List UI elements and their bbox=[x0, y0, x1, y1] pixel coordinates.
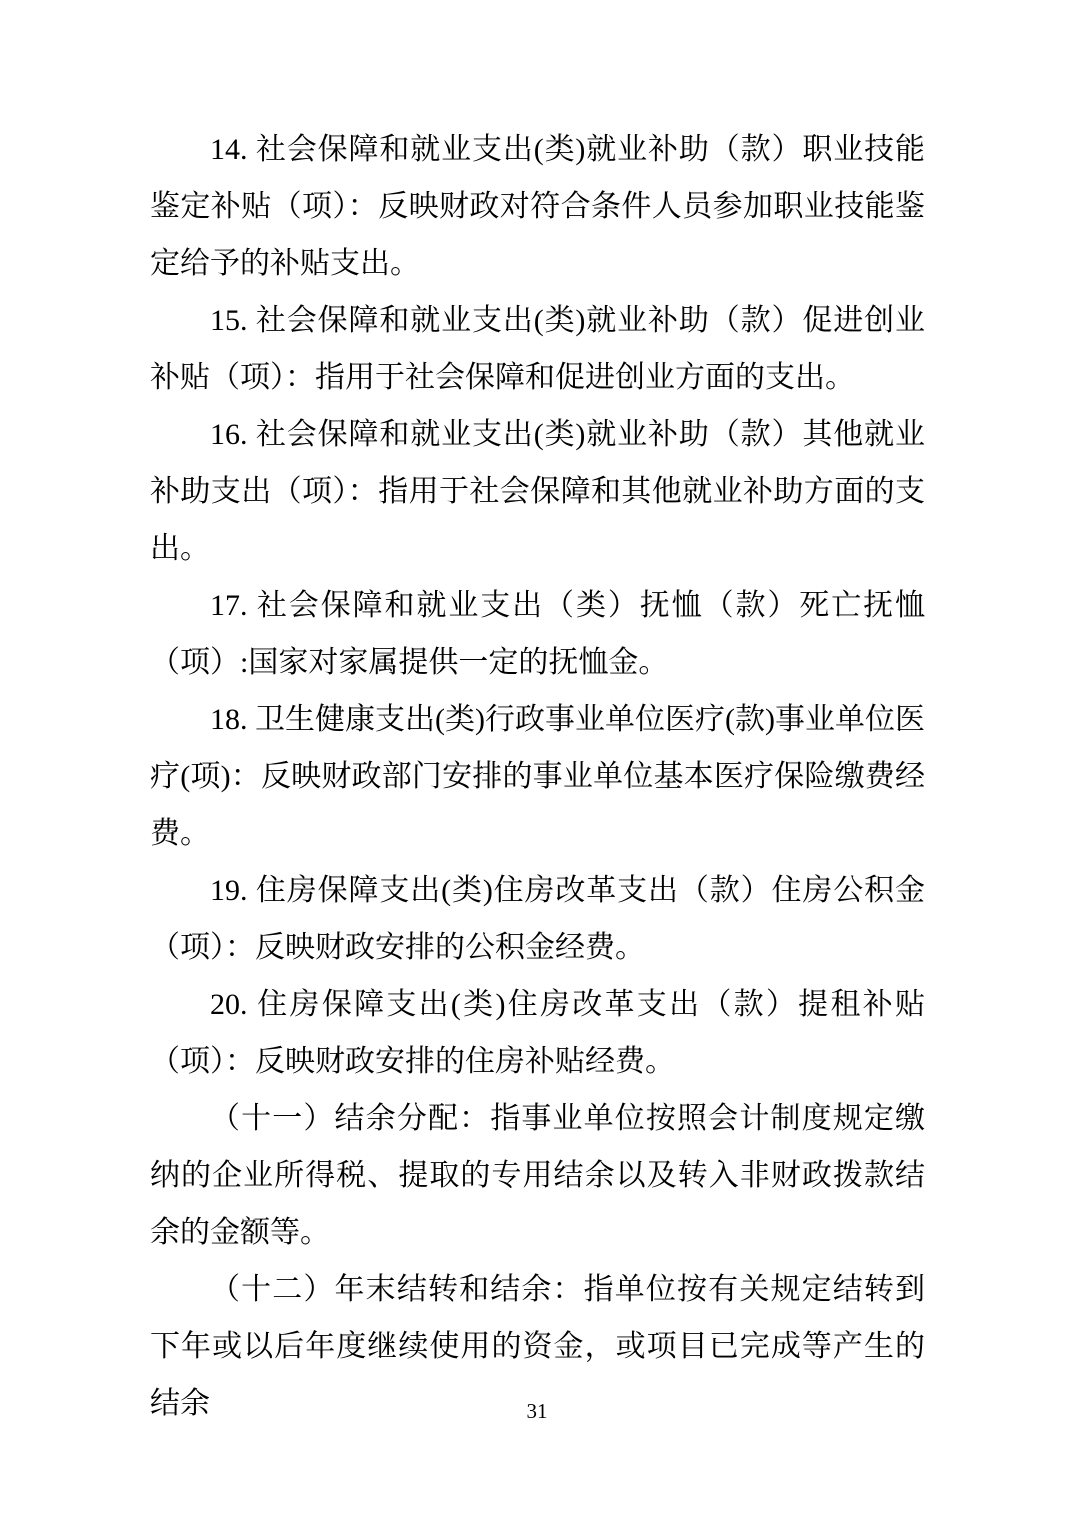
paragraph-item-15: 15. 社会保障和就业支出(类)就业补助（款）促进创业补贴（项）：指用于社会保障… bbox=[150, 292, 925, 406]
page-number: 31 bbox=[0, 1398, 1074, 1424]
paragraph-item-eleven: （十一）结余分配：指事业单位按照会计制度规定缴纳的企业所得税、提取的专用结余以及… bbox=[150, 1090, 925, 1261]
paragraph-item-14: 14. 社会保障和就业支出(类)就业补助（款）职业技能鉴定补贴（项）：反映财政对… bbox=[150, 121, 925, 292]
paragraph-item-20: 20. 住房保障支出(类)住房改革支出（款）提租补贴（项）：反映财政安排的住房补… bbox=[150, 976, 925, 1090]
document-page: 14. 社会保障和就业支出(类)就业补助（款）职业技能鉴定补贴（项）：反映财政对… bbox=[0, 0, 1074, 1520]
body-text-block: 14. 社会保障和就业支出(类)就业补助（款）职业技能鉴定补贴（项）：反映财政对… bbox=[150, 121, 925, 1432]
paragraph-item-19: 19. 住房保障支出(类)住房改革支出（款）住房公积金（项）：反映财政安排的公积… bbox=[150, 862, 925, 976]
paragraph-item-16: 16. 社会保障和就业支出(类)就业补助（款）其他就业补助支出（项）：指用于社会… bbox=[150, 406, 925, 577]
paragraph-item-17: 17. 社会保障和就业支出（类）抚恤（款）死亡抚恤（项）:国家对家属提供一定的抚… bbox=[150, 577, 925, 691]
paragraph-item-18: 18. 卫生健康支出(类)行政事业单位医疗(款)事业单位医疗(项)：反映财政部门… bbox=[150, 691, 925, 862]
